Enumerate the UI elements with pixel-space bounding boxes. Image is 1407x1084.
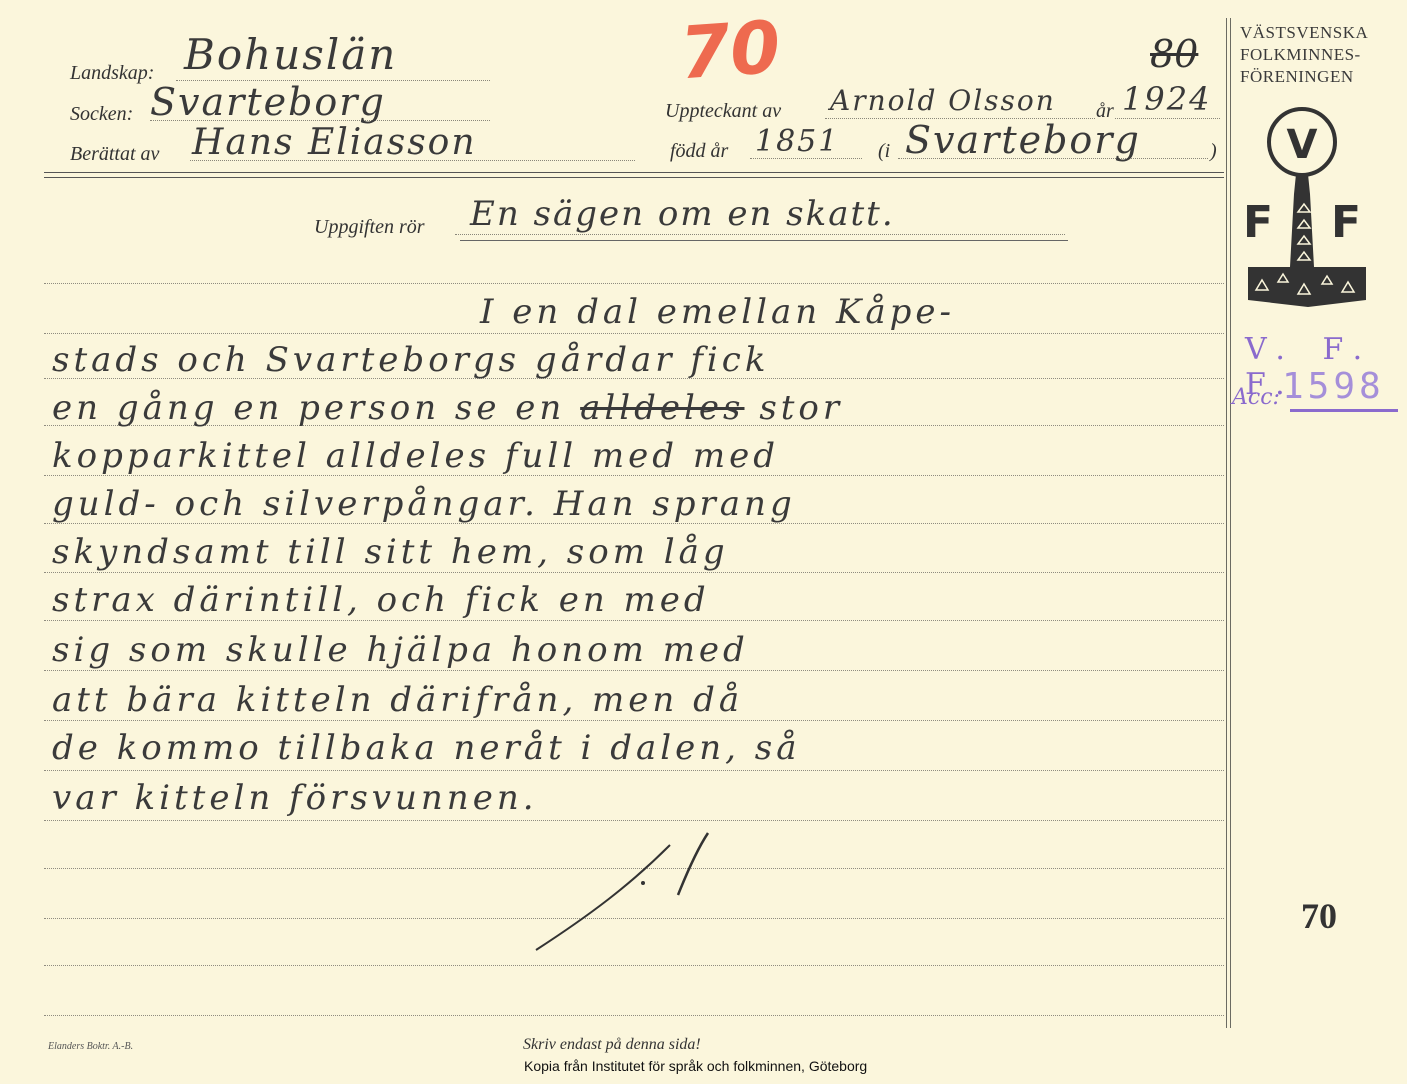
uppteckant-value: Arnold Olsson (830, 84, 1056, 117)
vff-hammer-logo-icon: V F F (1238, 102, 1378, 307)
socken-label: Socken: (70, 103, 133, 126)
born-place-prefix: (i (878, 140, 890, 163)
landskap-value: Bohuslän (184, 30, 397, 79)
uppteckant-label: Uppteckant av (665, 100, 781, 123)
logo-letter-f-right: F (1331, 197, 1361, 248)
body-line-10: de kommo tillbaka neråt i dalen, så (52, 728, 800, 768)
body-line-3-after: stor (759, 388, 843, 428)
page-number: 70 (1301, 895, 1337, 937)
body-line-3: en gång en person se en alldeles stor (52, 388, 843, 428)
body-line-3-main: en gång en person se en (52, 388, 565, 428)
subject-value: En sägen om en skatt. (470, 194, 895, 234)
logo-letter-v: V (1287, 122, 1318, 168)
stamp-acc-label: Acc: (1232, 385, 1280, 410)
ruled-line (44, 1015, 1224, 1016)
org-name: VÄSTSVENSKA FOLKMINNES- FÖRENINGEN (1240, 22, 1368, 88)
body-line-11: var kitteln försvunnen. (52, 778, 538, 818)
body-line-1: I en dal emellan Kåpe- (480, 292, 955, 332)
org-line-1: VÄSTSVENSKA (1240, 22, 1368, 44)
ruled-line (44, 572, 1224, 573)
write-instruction: Skriv endast på denna sida! (523, 1036, 701, 1054)
socken-value: Svarteborg (150, 80, 386, 124)
margin-rule-right (1230, 18, 1231, 1028)
struck-word: alldeles (580, 388, 744, 428)
logo-letter-f-left: F (1243, 197, 1273, 248)
year-value: 1924 (1122, 80, 1211, 118)
body-line-4: kopparkittel alldeles full med med (52, 436, 779, 476)
ruled-line (44, 820, 1224, 821)
body-line-7: strax därintill, och fick en med (52, 580, 710, 620)
ruled-line (44, 720, 1224, 721)
header-divider (44, 172, 1224, 178)
margin-rule-left (1226, 18, 1227, 1028)
body-line-2: stads och Svarteborgs gårdar fick (52, 340, 769, 380)
ruled-line (44, 965, 1224, 966)
end-mark (530, 825, 730, 955)
body-line-8: sig som skulle hjälpa honom med (52, 630, 749, 670)
org-line-2: FOLKMINNES- (1240, 44, 1368, 66)
born-place-suffix: ) (1210, 140, 1217, 163)
subject-label: Uppgiften rör (314, 216, 425, 239)
archive-card: 70 80 Landskap: Bohuslän Socken: Svarteb… (0, 0, 1407, 1084)
ruled-line (44, 283, 1224, 284)
body-line-5: guld- och silverpångar. Han sprang (52, 484, 796, 524)
org-line-3: FÖRENINGEN (1240, 66, 1368, 88)
ruled-line (44, 333, 1224, 334)
body-line-9: att bära kitteln därifrån, men då (52, 680, 743, 720)
berattat-label: Berättat av (70, 143, 159, 166)
ruled-line (44, 670, 1224, 671)
ruled-line (44, 770, 1224, 771)
copy-notice: Kopia från Institutet för språk och folk… (524, 1058, 867, 1074)
landskap-label: Landskap: (70, 62, 154, 85)
berattat-value: Hans Eliasson (192, 122, 477, 163)
born-place-value: Svarteborg (905, 118, 1141, 162)
struck-number: 80 (1150, 32, 1198, 76)
stamp-underline (1290, 409, 1398, 412)
body-line-6: skyndsamt till sitt hem, som låg (52, 532, 729, 572)
red-pencil-number: 70 (677, 5, 783, 96)
printer-credit: Elanders Boktr. A.-B. (48, 1041, 133, 1052)
subject-underline (460, 240, 1068, 241)
ruled-line (44, 620, 1224, 621)
fodd-value: 1851 (755, 124, 839, 159)
fodd-label: född år (670, 140, 728, 163)
subject-line (455, 234, 1065, 235)
stamp-acc-number: 1598 (1282, 366, 1385, 407)
